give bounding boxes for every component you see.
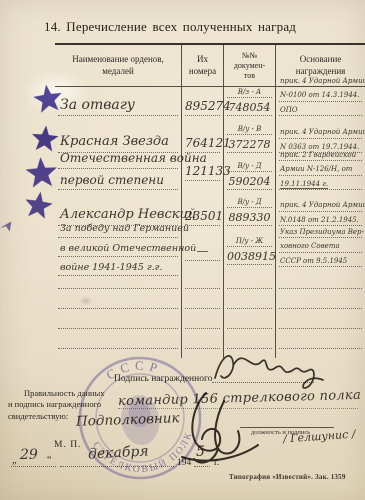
table-row-3-number: 121133 <box>182 156 224 193</box>
empty-row-cell <box>55 298 182 318</box>
header-award-name: Наименование орденов, медалей <box>55 45 182 87</box>
document-series: В/з - А <box>227 87 272 98</box>
empty-row-cell <box>224 318 276 338</box>
empty-row-cell <box>182 279 224 298</box>
star-stamp <box>24 156 59 189</box>
table-row-3-basis: прик. 2 Гвардейской Армии N-126/Н, от 19… <box>276 156 365 193</box>
certifier-signature <box>158 385 266 465</box>
empty-row-cell <box>55 318 182 338</box>
table-row-4-doc: В/у - Д 889330 <box>224 193 276 229</box>
section-title: 14. Перечисление всех полученных наград <box>44 19 296 35</box>
document-series: В/у - Д <box>227 161 272 172</box>
award-number: 895274 <box>185 98 220 116</box>
document-number: 590204 <box>227 175 272 190</box>
star-stamp <box>30 124 60 153</box>
empty-row-cell <box>276 318 365 338</box>
award-number: 121133 <box>185 163 220 181</box>
header-document-numbers: №№ докумен- тов <box>224 45 276 87</box>
award-name: За отвагу <box>58 95 178 116</box>
document-number: 889330 <box>227 211 272 226</box>
award-name: Отечественная война <box>58 150 178 168</box>
award-name: войне 1941-1945 г.г. <box>58 260 178 276</box>
document-number: 372278 <box>227 138 272 153</box>
star-stamp <box>22 189 55 221</box>
empty-row-cell <box>182 298 224 318</box>
table-row-1-name: За отвагу <box>55 87 182 119</box>
table-row-3-doc: В/у - Д 590204 <box>224 156 276 193</box>
award-number: 23501 <box>185 208 220 226</box>
table-row-5-name: За победу над Германией в великой Отечес… <box>55 229 182 279</box>
document-series: П/у - Ж <box>227 236 272 247</box>
table-row-1-doc: В/з - А 748054 <box>224 87 276 119</box>
table-row-1-basis: прик. 4 Ударной Армии N-0100 от 14.3.194… <box>276 87 365 119</box>
seal-place-mark: М. П. <box>54 440 81 450</box>
empty-row-cell <box>224 279 276 298</box>
document-number: 0038915 <box>227 250 272 265</box>
award-record-document: 14. Перечисление всех полученных наград … <box>0 0 365 500</box>
date-day-handwritten: 29 <box>20 447 38 463</box>
table-row-5-basis: Указ Президиума Вер- ховного Совета СССР… <box>276 229 365 279</box>
date-quote-close: “ <box>47 455 51 466</box>
document-number: 748054 <box>227 101 272 116</box>
header-numbers: Их номера <box>182 45 224 87</box>
table-row-4-basis: прик. 4 Ударной Армии N.0148 от 21.2.194… <box>276 193 365 229</box>
award-name: в великой Отечественной <box>58 241 178 257</box>
award-number-dash: — <box>185 243 220 261</box>
table-row-1-number: 895274 <box>182 87 224 119</box>
empty-row-cell <box>276 298 365 318</box>
date-quote-open: „ <box>12 455 16 466</box>
empty-row-cell <box>55 279 182 298</box>
table-row-5-number: — <box>182 229 224 279</box>
award-name: первой степени <box>58 172 178 190</box>
table-row-2-doc: В/у - В 372278 <box>224 119 276 156</box>
empty-row-cell <box>224 298 276 318</box>
empty-row-cell <box>276 279 365 298</box>
awards-table: Наименование орденов, медалей Их номера … <box>55 43 365 358</box>
star-stamp-fragment <box>0 217 17 237</box>
document-series: В/у - Д <box>227 197 272 208</box>
document-series: В/у - В <box>227 124 272 135</box>
award-name: За победу над Германией <box>58 221 178 237</box>
print-shop-imprint: Типография «Известий». Зак. 1359 <box>229 473 346 481</box>
table-row-3-name: Отечественная война первой степени <box>55 156 182 193</box>
star-stamp <box>31 82 65 115</box>
empty-row-cell <box>182 318 224 338</box>
table-row-5-doc: П/у - Ж 0038915 <box>224 229 276 279</box>
